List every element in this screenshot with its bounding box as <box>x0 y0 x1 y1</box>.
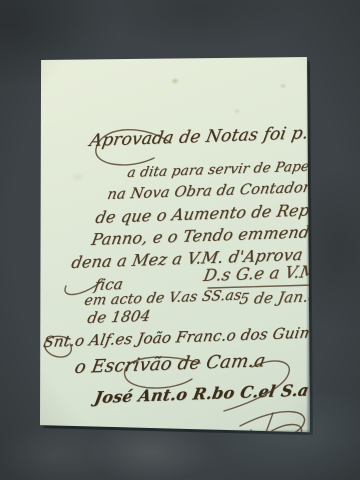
handwriting-signature: José Ant.o R.bo C.el S.a <box>93 380 310 407</box>
handwriting-line-3: na Nova Obra da Contadoria <box>106 179 325 203</box>
handwriting-title: o Escrivão de Cam.a <box>73 350 267 378</box>
handwriting-line-7-right: D.s G.e a V.M.ce <box>202 261 343 285</box>
signature-rubric-1 <box>240 412 305 433</box>
handwriting-date: 5 de Jan.o <box>238 287 319 308</box>
handwriting-line-1: Aprovada de Notas foi p.r bem <box>88 121 360 151</box>
signature-rubric-3 <box>258 413 273 433</box>
handwriting-year: de 1804 <box>86 307 152 327</box>
handwriting-line-2: a dita para servir de Papel <box>126 158 315 181</box>
manuscript-paper: Aprovada de Notas foi p.r bem a dita par… <box>40 57 310 433</box>
photo-of-manuscript: Aprovada de Notas foi p.r bem a dita par… <box>0 0 360 480</box>
